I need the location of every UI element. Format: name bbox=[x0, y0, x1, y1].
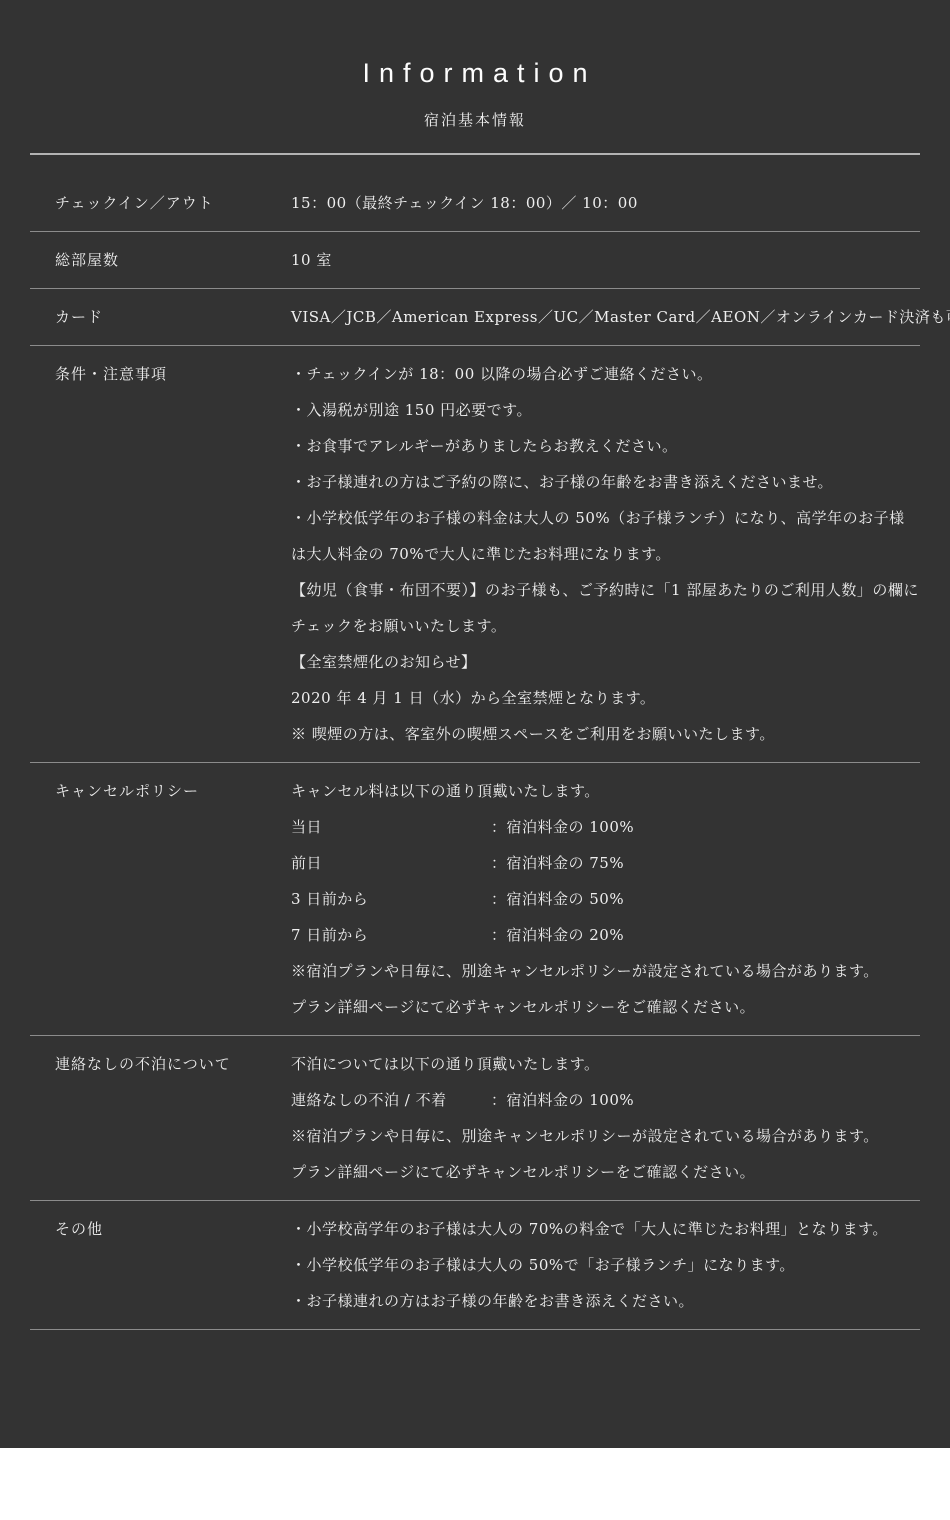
fee-value: ：宿泊料金の 75% bbox=[491, 845, 920, 881]
section-content: ・チェックインが 18：00 以降の場合必ずご連絡ください。・入湯税が別途 15… bbox=[291, 356, 920, 752]
text-line: ・小学校低学年のお子様は大人の 50%で「お子様ランチ」になります。 bbox=[291, 1247, 920, 1283]
page-subtitle: 宿泊基本情報 bbox=[0, 109, 950, 131]
text-line: ・入湯税が別途 150 円必要です。 bbox=[291, 392, 920, 428]
fee-value: ：宿泊料金の 100% bbox=[491, 1082, 920, 1118]
section-content: ・小学校高学年のお子様は大人の 70%の料金で「大人に準じたお料理」となります。… bbox=[291, 1211, 920, 1319]
fee-value: ：宿泊料金の 20% bbox=[491, 917, 920, 953]
section-row: 条件・注意事項・チェックインが 18：00 以降の場合必ずご連絡ください。・入湯… bbox=[30, 346, 920, 763]
text-line: プラン詳細ページにて必ずキャンセルポリシーをご確認ください。 bbox=[291, 989, 920, 1025]
fee-row: 当日：宿泊料金の 100% bbox=[291, 809, 920, 845]
section-label: 連絡なしの不泊について bbox=[55, 1046, 291, 1082]
text-line: ・お食事でアレルギーがありましたらお教えください。 bbox=[291, 428, 920, 464]
text-line: ・小学校高学年のお子様は大人の 70%の料金で「大人に準じたお料理」となります。 bbox=[291, 1211, 920, 1247]
text-line: ・小学校低学年のお子様の料金は大人の 50%（お子様ランチ）になり、高学年のお子… bbox=[291, 500, 920, 572]
page-title: Information bbox=[0, 57, 950, 89]
fee-row: 7 日前から：宿泊料金の 20% bbox=[291, 917, 920, 953]
section-label: 条件・注意事項 bbox=[55, 356, 291, 392]
text-line: 15：00（最終チェックイン 18：00）／ 10：00 bbox=[291, 185, 920, 221]
fee-value: ：宿泊料金の 50% bbox=[491, 881, 920, 917]
section-label: チェックイン／アウト bbox=[55, 185, 291, 221]
text-line: ※ 喫煙の方は、客室外の喫煙スペースをご利用をお願いいたします。 bbox=[291, 716, 920, 752]
fee-term: 7 日前から bbox=[291, 917, 491, 953]
section-label: 総部屋数 bbox=[55, 242, 291, 278]
text-line: ・お子様連れの方はご予約の際に、お子様の年齢をお書き添えくださいませ。 bbox=[291, 464, 920, 500]
text-line: ・お子様連れの方はお子様の年齢をお書き添えください。 bbox=[291, 1283, 920, 1319]
fee-value: ：宿泊料金の 100% bbox=[491, 809, 920, 845]
section-label: カード bbox=[55, 299, 291, 335]
fee-term: 前日 bbox=[291, 845, 491, 881]
section-row: その他・小学校高学年のお子様は大人の 70%の料金で「大人に準じたお料理」となり… bbox=[30, 1201, 920, 1330]
text-line: 2020 年 4 月 1 日（水）から全室禁煙となります。 bbox=[291, 680, 920, 716]
section-row: 連絡なしの不泊について不泊については以下の通り頂戴いたします。連絡なしの不泊 /… bbox=[30, 1036, 920, 1201]
fee-term: 当日 bbox=[291, 809, 491, 845]
page-header: Information 宿泊基本情報 bbox=[0, 0, 950, 131]
fee-row: 前日：宿泊料金の 75% bbox=[291, 845, 920, 881]
fee-term: 連絡なしの不泊 / 不着 bbox=[291, 1082, 491, 1118]
section-content: 不泊については以下の通り頂戴いたします。連絡なしの不泊 / 不着：宿泊料金の 1… bbox=[291, 1046, 920, 1190]
info-table: チェックイン／アウト15：00（最終チェックイン 18：00）／ 10：00総部… bbox=[30, 153, 920, 1330]
text-line: ※宿泊プランや日毎に、別途キャンセルポリシーが設定されている場合があります。 bbox=[291, 953, 920, 989]
section-row: 総部屋数10 室 bbox=[30, 232, 920, 289]
fee-term: 3 日前から bbox=[291, 881, 491, 917]
section-content: 15：00（最終チェックイン 18：00）／ 10：00 bbox=[291, 185, 920, 221]
section-row: キャンセルポリシーキャンセル料は以下の通り頂戴いたします。当日：宿泊料金の 10… bbox=[30, 763, 920, 1036]
text-line: 【幼児（食事・布団不要）】のお子様も、ご予約時に「1 部屋あたりのご利用人数」の… bbox=[291, 572, 920, 644]
text-line: ・チェックインが 18：00 以降の場合必ずご連絡ください。 bbox=[291, 356, 920, 392]
text-line: プラン詳細ページにて必ずキャンセルポリシーをご確認ください。 bbox=[291, 1154, 920, 1190]
text-line: 10 室 bbox=[291, 242, 920, 278]
text-line: VISA／JCB／American Express／UC／Master Card… bbox=[291, 299, 920, 335]
section-content: VISA／JCB／American Express／UC／Master Card… bbox=[291, 299, 920, 335]
section-content: 10 室 bbox=[291, 242, 920, 278]
fee-row: 連絡なしの不泊 / 不着：宿泊料金の 100% bbox=[291, 1082, 920, 1118]
section-row: カードVISA／JCB／American Express／UC／Master C… bbox=[30, 289, 920, 346]
info-panel: Information 宿泊基本情報 チェックイン／アウト15：00（最終チェッ… bbox=[0, 0, 950, 1448]
text-line: 不泊については以下の通り頂戴いたします。 bbox=[291, 1046, 920, 1082]
section-content: キャンセル料は以下の通り頂戴いたします。当日：宿泊料金の 100%前日：宿泊料金… bbox=[291, 773, 920, 1025]
section-label: その他 bbox=[55, 1211, 291, 1247]
text-line: 【全室禁煙化のお知らせ】 bbox=[291, 644, 920, 680]
text-line: キャンセル料は以下の通り頂戴いたします。 bbox=[291, 773, 920, 809]
text-line: ※宿泊プランや日毎に、別途キャンセルポリシーが設定されている場合があります。 bbox=[291, 1118, 920, 1154]
section-row: チェックイン／アウト15：00（最終チェックイン 18：00）／ 10：00 bbox=[30, 175, 920, 232]
fee-row: 3 日前から：宿泊料金の 50% bbox=[291, 881, 920, 917]
section-label: キャンセルポリシー bbox=[55, 773, 291, 809]
